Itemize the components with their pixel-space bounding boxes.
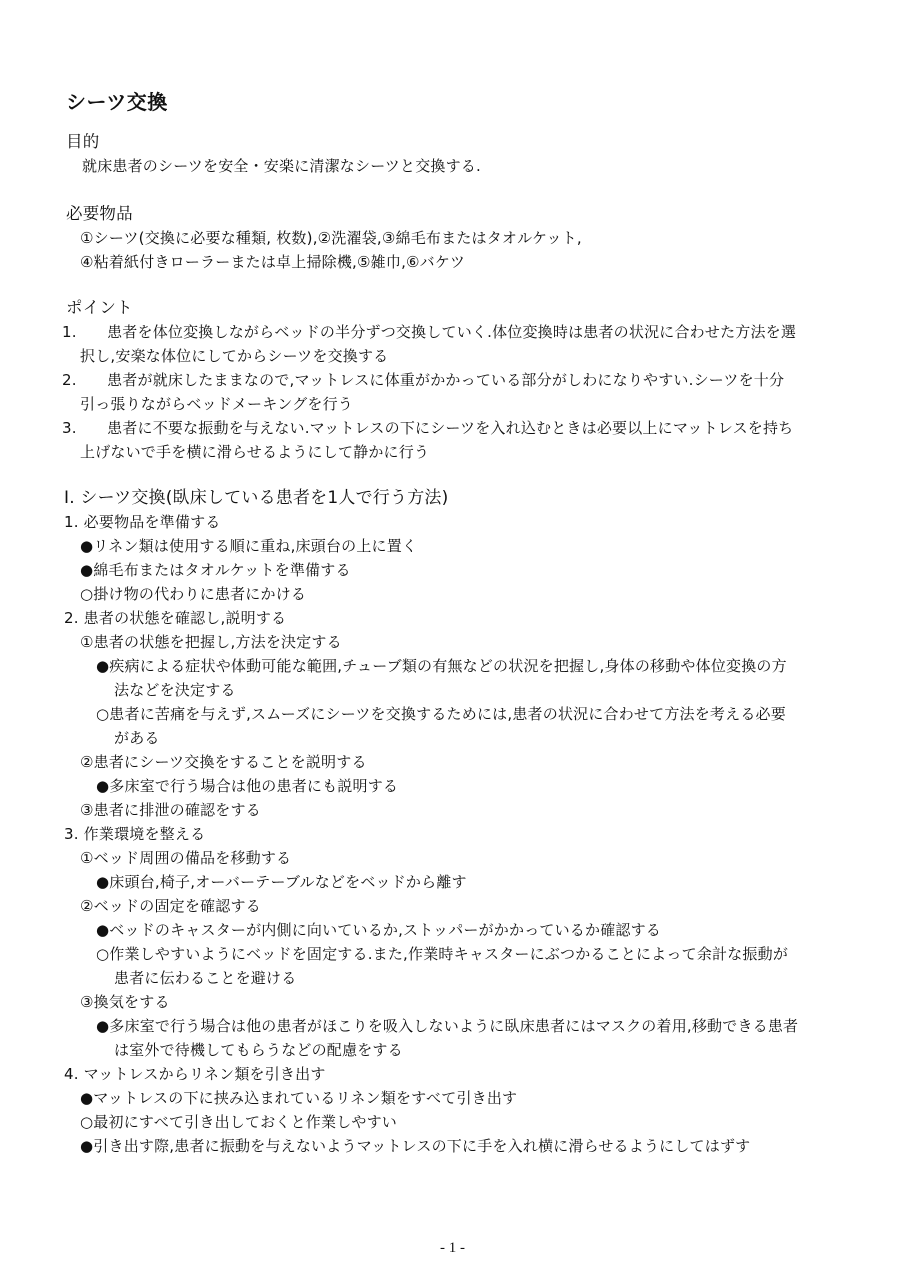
substep: ①ベッド周囲の備品を移動する xyxy=(80,848,291,868)
purpose-heading: 目的 xyxy=(66,132,99,152)
list-item: ○掛け物の代わりに患者にかける xyxy=(80,584,306,604)
point-line: 上げないで手を横に滑らせるようにして静かに行う xyxy=(80,442,429,462)
list-item: 患者に伝わることを避ける xyxy=(114,968,296,988)
list-item: ●床頭台,椅子,オーバーテーブルなどをベッドから離す xyxy=(96,872,467,892)
section-heading: Ⅰ. シーツ交換(臥床している患者を1人で行う方法) xyxy=(64,488,448,508)
point-line: 引っ張りながらベッドメーキングを行う xyxy=(80,394,353,414)
list-item: ●引き出す際,患者に振動を与えないようマットレスの下に手を入れ横に滑らせるように… xyxy=(80,1136,750,1156)
purpose-text: 就床患者のシーツを安全・安楽に清潔なシーツと交換する. xyxy=(82,156,481,176)
point-line: 1. 患者を体位変換しながらベッドの半分ずつ交換していく.体位変換時は患者の状況… xyxy=(62,322,796,342)
step-heading: 2. 患者の状態を確認し,説明する xyxy=(64,608,286,628)
list-item: ●多床室で行う場合は他の患者にも説明する xyxy=(96,776,398,796)
substep: ③換気をする xyxy=(80,992,170,1012)
document-page: シーツ交換 目的 就床患者のシーツを安全・安楽に清潔なシーツと交換する. 必要物… xyxy=(0,0,905,1280)
supplies-line: ①シーツ(交換に必要な種類, 枚数),②洗濯袋,③綿毛布またはタオルケット, xyxy=(80,228,582,248)
point-line: 択し,安楽な体位にしてからシーツを交換する xyxy=(80,346,388,366)
step-heading: 3. 作業環境を整える xyxy=(64,824,205,844)
list-item: ●リネン類は使用する順に重ね,床頭台の上に置く xyxy=(80,536,417,556)
supplies-heading: 必要物品 xyxy=(66,204,133,224)
substep: ②患者にシーツ交換をすることを説明する xyxy=(80,752,367,772)
list-item: ●疾病による症状や体動可能な範囲,チューブ類の有無などの状況を把握し,身体の移動… xyxy=(96,656,787,676)
document-title: シーツ交換 xyxy=(66,86,168,115)
substep: ③患者に排泄の確認をする xyxy=(80,800,261,820)
page-number: - 1 - xyxy=(0,1240,905,1257)
list-item: ●ベッドのキャスターが内側に向いているか,ストッパーがかかっているか確認する xyxy=(96,920,661,940)
list-item: ○最初にすべて引き出しておくと作業しやすい xyxy=(80,1112,397,1132)
step-heading: 4. マットレスからリネン類を引き出す xyxy=(64,1064,326,1084)
point-line: 3. 患者に不要な振動を与えない.マットレスの下にシーツを入れ込むときは必要以上… xyxy=(62,418,793,438)
list-item: ●マットレスの下に挟み込まれているリネン類をすべて引き出す xyxy=(80,1088,517,1108)
step-heading: 1. 必要物品を準備する xyxy=(64,512,220,532)
list-item: ○患者に苦痛を与えず,スムーズにシーツを交換するためには,患者の状況に合わせて方… xyxy=(96,704,786,724)
point-line: 2. 患者が就床したままなので,マットレスに体重がかかっている部分がしわになりや… xyxy=(62,370,784,390)
list-item: ●多床室で行う場合は他の患者がほこりを吸入しないように臥床患者にはマスクの着用,… xyxy=(96,1016,798,1036)
list-item: ●綿毛布またはタオルケットを準備する xyxy=(80,560,351,580)
list-item: ○作業しやすいようにベッドを固定する.また,作業時キャスターにぶつかることによっ… xyxy=(96,944,788,964)
supplies-line: ④粘着紙付きローラーまたは卓上掃除機,⑤雑巾,⑥バケツ xyxy=(80,252,465,272)
list-item: がある xyxy=(114,728,160,748)
substep: ②ベッドの固定を確認する xyxy=(80,896,261,916)
points-heading: ポイント xyxy=(66,298,133,318)
list-item: は室外で待機してもらうなどの配慮をする xyxy=(114,1040,403,1060)
substep: ①患者の状態を把握し,方法を決定する xyxy=(80,632,342,652)
list-item: 法などを決定する xyxy=(114,680,236,700)
